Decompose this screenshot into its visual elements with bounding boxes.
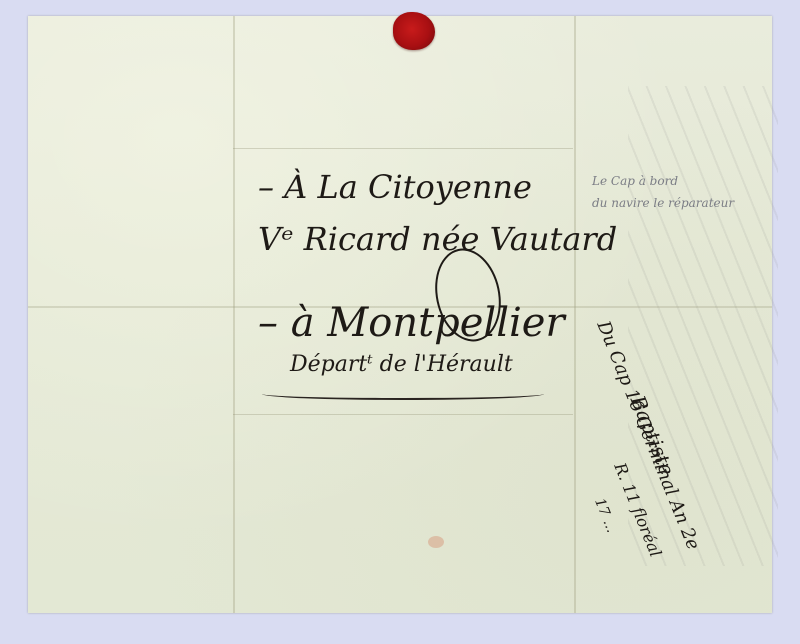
seal-residue-stain: [428, 536, 444, 548]
address-line-4: Départᵗ de l'Hérault: [290, 352, 513, 377]
underline-flourish: [262, 388, 544, 400]
pencil-note-line-1: Le Cap à bord: [592, 174, 678, 188]
address-line-2: Vᵉ Ricard née Vautard: [258, 220, 617, 258]
pencil-note-line-2: du navire le réparateur: [592, 196, 734, 210]
wax-seal: [393, 12, 435, 50]
fold-line-right: [574, 16, 576, 613]
address-line-3: – à Montpellier: [258, 300, 565, 346]
bleed-through-text: [628, 86, 778, 566]
address-line-1: – À La Citoyenne: [258, 168, 532, 206]
